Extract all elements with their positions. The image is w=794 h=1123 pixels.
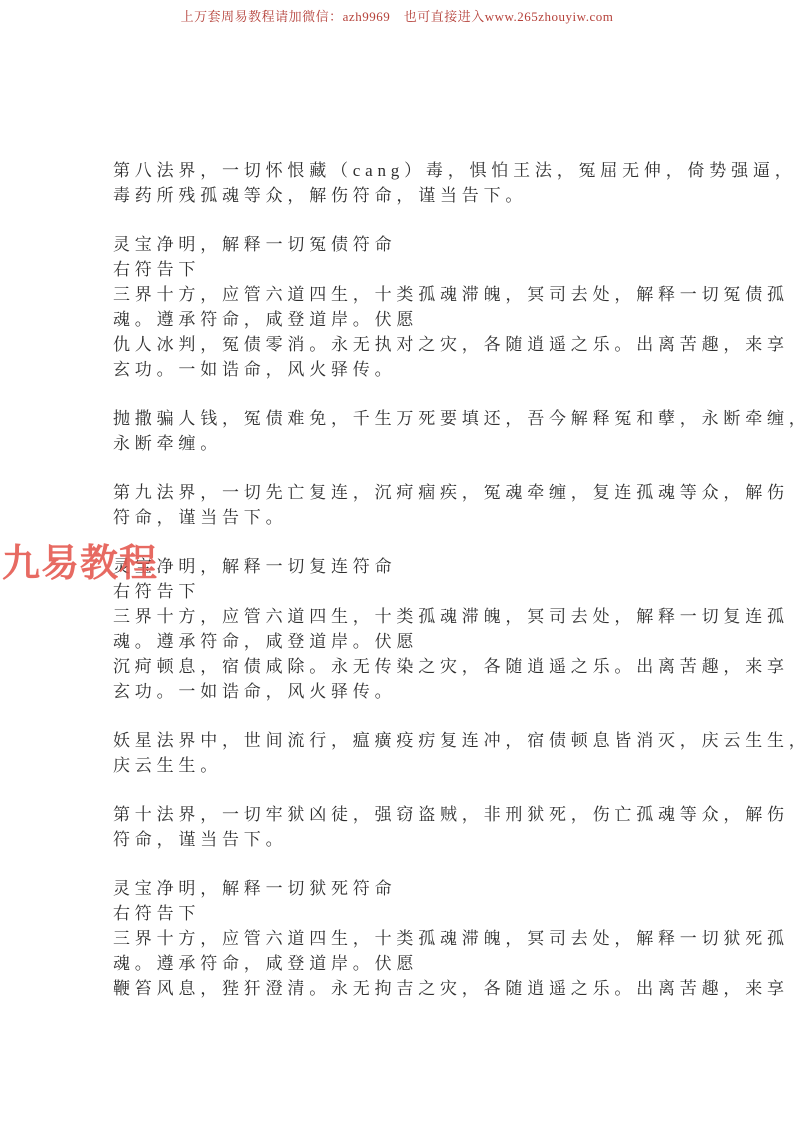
text-line: 庆云生生。 bbox=[113, 753, 713, 778]
text-line: 符命，谨当告下。 bbox=[113, 827, 713, 852]
text-line: 第八法界，一切怀恨藏（cang）毒，惧怕王法，冤屈无伸，倚势强逼， bbox=[113, 158, 713, 183]
text-line: 第十法界，一切牢狱凶徒，强窃盗贼，非刑狱死，伤亡孤魂等众，解伤 bbox=[113, 802, 713, 827]
text-line: 灵宝净明，解释一切狱死符命 bbox=[113, 876, 713, 901]
text-line: 灵宝净明，解释一切复连符命 bbox=[113, 554, 713, 579]
text-block: 灵宝净明，解释一切复连符命右符告下三界十方，应管六道四生，十类孤魂滞魄，冥司去处… bbox=[113, 554, 713, 704]
text-line: 右符告下 bbox=[113, 257, 713, 282]
text-block: 第九法界，一切先亡复连，沉疴痼疾，冤魂牵缠，复连孤魂等众，解伤符命，谨当告下。 bbox=[113, 480, 713, 530]
text-line: 魂。遵承符命，咸登道岸。伏愿 bbox=[113, 307, 713, 332]
text-line: 永断牵缠。 bbox=[113, 431, 713, 456]
text-block: 妖星法界中，世间流行，瘟癀疫疠复连冲，宿债顿息皆消灭，庆云生生，庆云生生。 bbox=[113, 728, 713, 778]
promo-header-text: 上万套周易教程请加微信：azh9969 也可直接进入www.265zhouyiw… bbox=[0, 6, 794, 25]
text-line: 三界十方，应管六道四生，十类孤魂滞魄，冥司去处，解释一切复连孤 bbox=[113, 604, 713, 629]
text-block: 抛撒骗人钱，冤债难免，千生万死要填还，吾今解释冤和孽，永断牵缠，永断牵缠。 bbox=[113, 406, 713, 456]
text-line: 三界十方，应管六道四生，十类孤魂滞魄，冥司去处，解释一切狱死孤 bbox=[113, 926, 713, 951]
text-block: 第十法界，一切牢狱凶徒，强窃盗贼，非刑狱死，伤亡孤魂等众，解伤符命，谨当告下。 bbox=[113, 802, 713, 852]
text-line: 三界十方，应管六道四生，十类孤魂滞魄，冥司去处，解释一切冤债孤 bbox=[113, 282, 713, 307]
text-block: 灵宝净明，解释一切狱死符命右符告下三界十方，应管六道四生，十类孤魂滞魄，冥司去处… bbox=[113, 876, 713, 1001]
text-line: 右符告下 bbox=[113, 579, 713, 604]
text-line: 灵宝净明，解释一切冤债符命 bbox=[113, 232, 713, 257]
text-line: 仇人冰判，冤债零消。永无执对之灾，各随逍遥之乐。出离苦趣，来享 bbox=[113, 332, 713, 357]
text-line: 符命，谨当告下。 bbox=[113, 505, 713, 530]
text-line: 玄功。一如诰命，风火驿传。 bbox=[113, 679, 713, 704]
text-block: 第八法界，一切怀恨藏（cang）毒，惧怕王法，冤屈无伸，倚势强逼，毒药所残孤魂等… bbox=[113, 158, 713, 208]
text-line: 右符告下 bbox=[113, 901, 713, 926]
text-line: 第九法界，一切先亡复连，沉疴痼疾，冤魂牵缠，复连孤魂等众，解伤 bbox=[113, 480, 713, 505]
text-line: 魂。遵承符命，咸登道岸。伏愿 bbox=[113, 629, 713, 654]
document-page: 上万套周易教程请加微信：azh9969 也可直接进入www.265zhouyiw… bbox=[0, 0, 794, 1123]
text-line: 妖星法界中，世间流行，瘟癀疫疠复连冲，宿债顿息皆消灭，庆云生生， bbox=[113, 728, 713, 753]
document-body: 第八法界，一切怀恨藏（cang）毒，惧怕王法，冤屈无伸，倚势强逼，毒药所残孤魂等… bbox=[113, 158, 713, 1025]
watermark-text: 九易教程 bbox=[2, 543, 158, 585]
text-line: 鞭笞风息，狴犴澄清。永无拘吉之灾，各随逍遥之乐。出离苦趣，来享 bbox=[113, 976, 713, 1001]
text-line: 玄功。一如诰命，风火驿传。 bbox=[113, 357, 713, 382]
text-line: 沉疴顿息，宿债咸除。永无传染之灾，各随逍遥之乐。出离苦趣，来享 bbox=[113, 654, 713, 679]
text-line: 抛撒骗人钱，冤债难免，千生万死要填还，吾今解释冤和孽，永断牵缠， bbox=[113, 406, 713, 431]
text-line: 魂。遵承符命，咸登道岸。伏愿 bbox=[113, 951, 713, 976]
text-block: 灵宝净明，解释一切冤债符命右符告下三界十方，应管六道四生，十类孤魂滞魄，冥司去处… bbox=[113, 232, 713, 382]
text-line: 毒药所残孤魂等众，解伤符命，谨当告下。 bbox=[113, 183, 713, 208]
